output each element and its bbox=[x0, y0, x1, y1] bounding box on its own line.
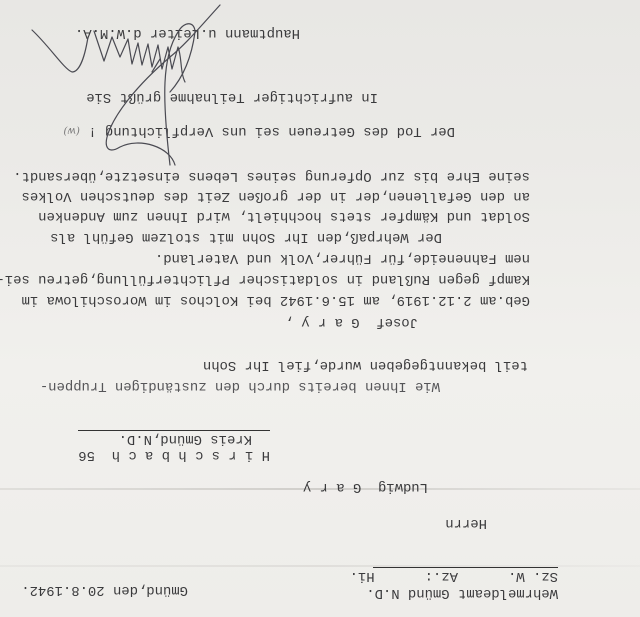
body-line: Der Wehrpaß,den Ihr Sohn mit stolzem Gef… bbox=[50, 229, 442, 245]
body-line: Geb.am 2.12.1919, am 15.6.1942 bei Kolch… bbox=[22, 292, 530, 308]
body-line: Kampf gegen Rußland in soldatischer Pfli… bbox=[0, 271, 530, 287]
body-line: teil bekanntgegeben wurde,fiel Ihr Sohn bbox=[203, 357, 528, 373]
body-line: Wie Ihnen bereits durch den zuständigen … bbox=[40, 378, 440, 394]
recipient-name: Ludwig G a r y bbox=[303, 479, 428, 495]
signer-title: Hauptmann u.Leiter d.W.M.A. bbox=[75, 25, 300, 41]
date-line: Gmünd,den 20.8.1942. bbox=[21, 582, 188, 598]
body-line-deceased-name: Josef G a r y , bbox=[285, 314, 418, 330]
motto-text: Der Tod des Getreuen sei uns Verpflichtu… bbox=[88, 123, 455, 139]
body-line: Soldat und Kämpfer stets hochhielt, wird… bbox=[38, 208, 530, 224]
letterhead-reference: Sz. W. Az.: Hi. bbox=[373, 567, 558, 584]
body-line: nem Fahneneide,für Führer,Volk und Vater… bbox=[155, 250, 530, 266]
letter-page: Wehrmeldeamt Gmünd N.D. Sz. W. Az.: Hi. … bbox=[0, 0, 640, 617]
recipient-street: H i r s c h b a c h 56 bbox=[78, 447, 270, 463]
recipient-salutation: Herrn bbox=[445, 515, 487, 531]
motto-line: Der Tod des Getreuen sei uns Verpflichtu… bbox=[64, 122, 456, 139]
recipient-district: Kreis Gmünd,N.D. bbox=[78, 430, 270, 447]
closing-line: In aufrichtiger Teilnahme grüßt Sie bbox=[86, 89, 378, 105]
motto-annotation: (w) bbox=[64, 125, 80, 136]
body-line: seine Ehre bis zur Opferung seines Leben… bbox=[13, 168, 530, 184]
letterhead-office: Wehrmeldeamt Gmünd N.D. bbox=[366, 585, 558, 601]
body-line: an den Gefallenen,der in der großen Zeit… bbox=[22, 188, 530, 204]
